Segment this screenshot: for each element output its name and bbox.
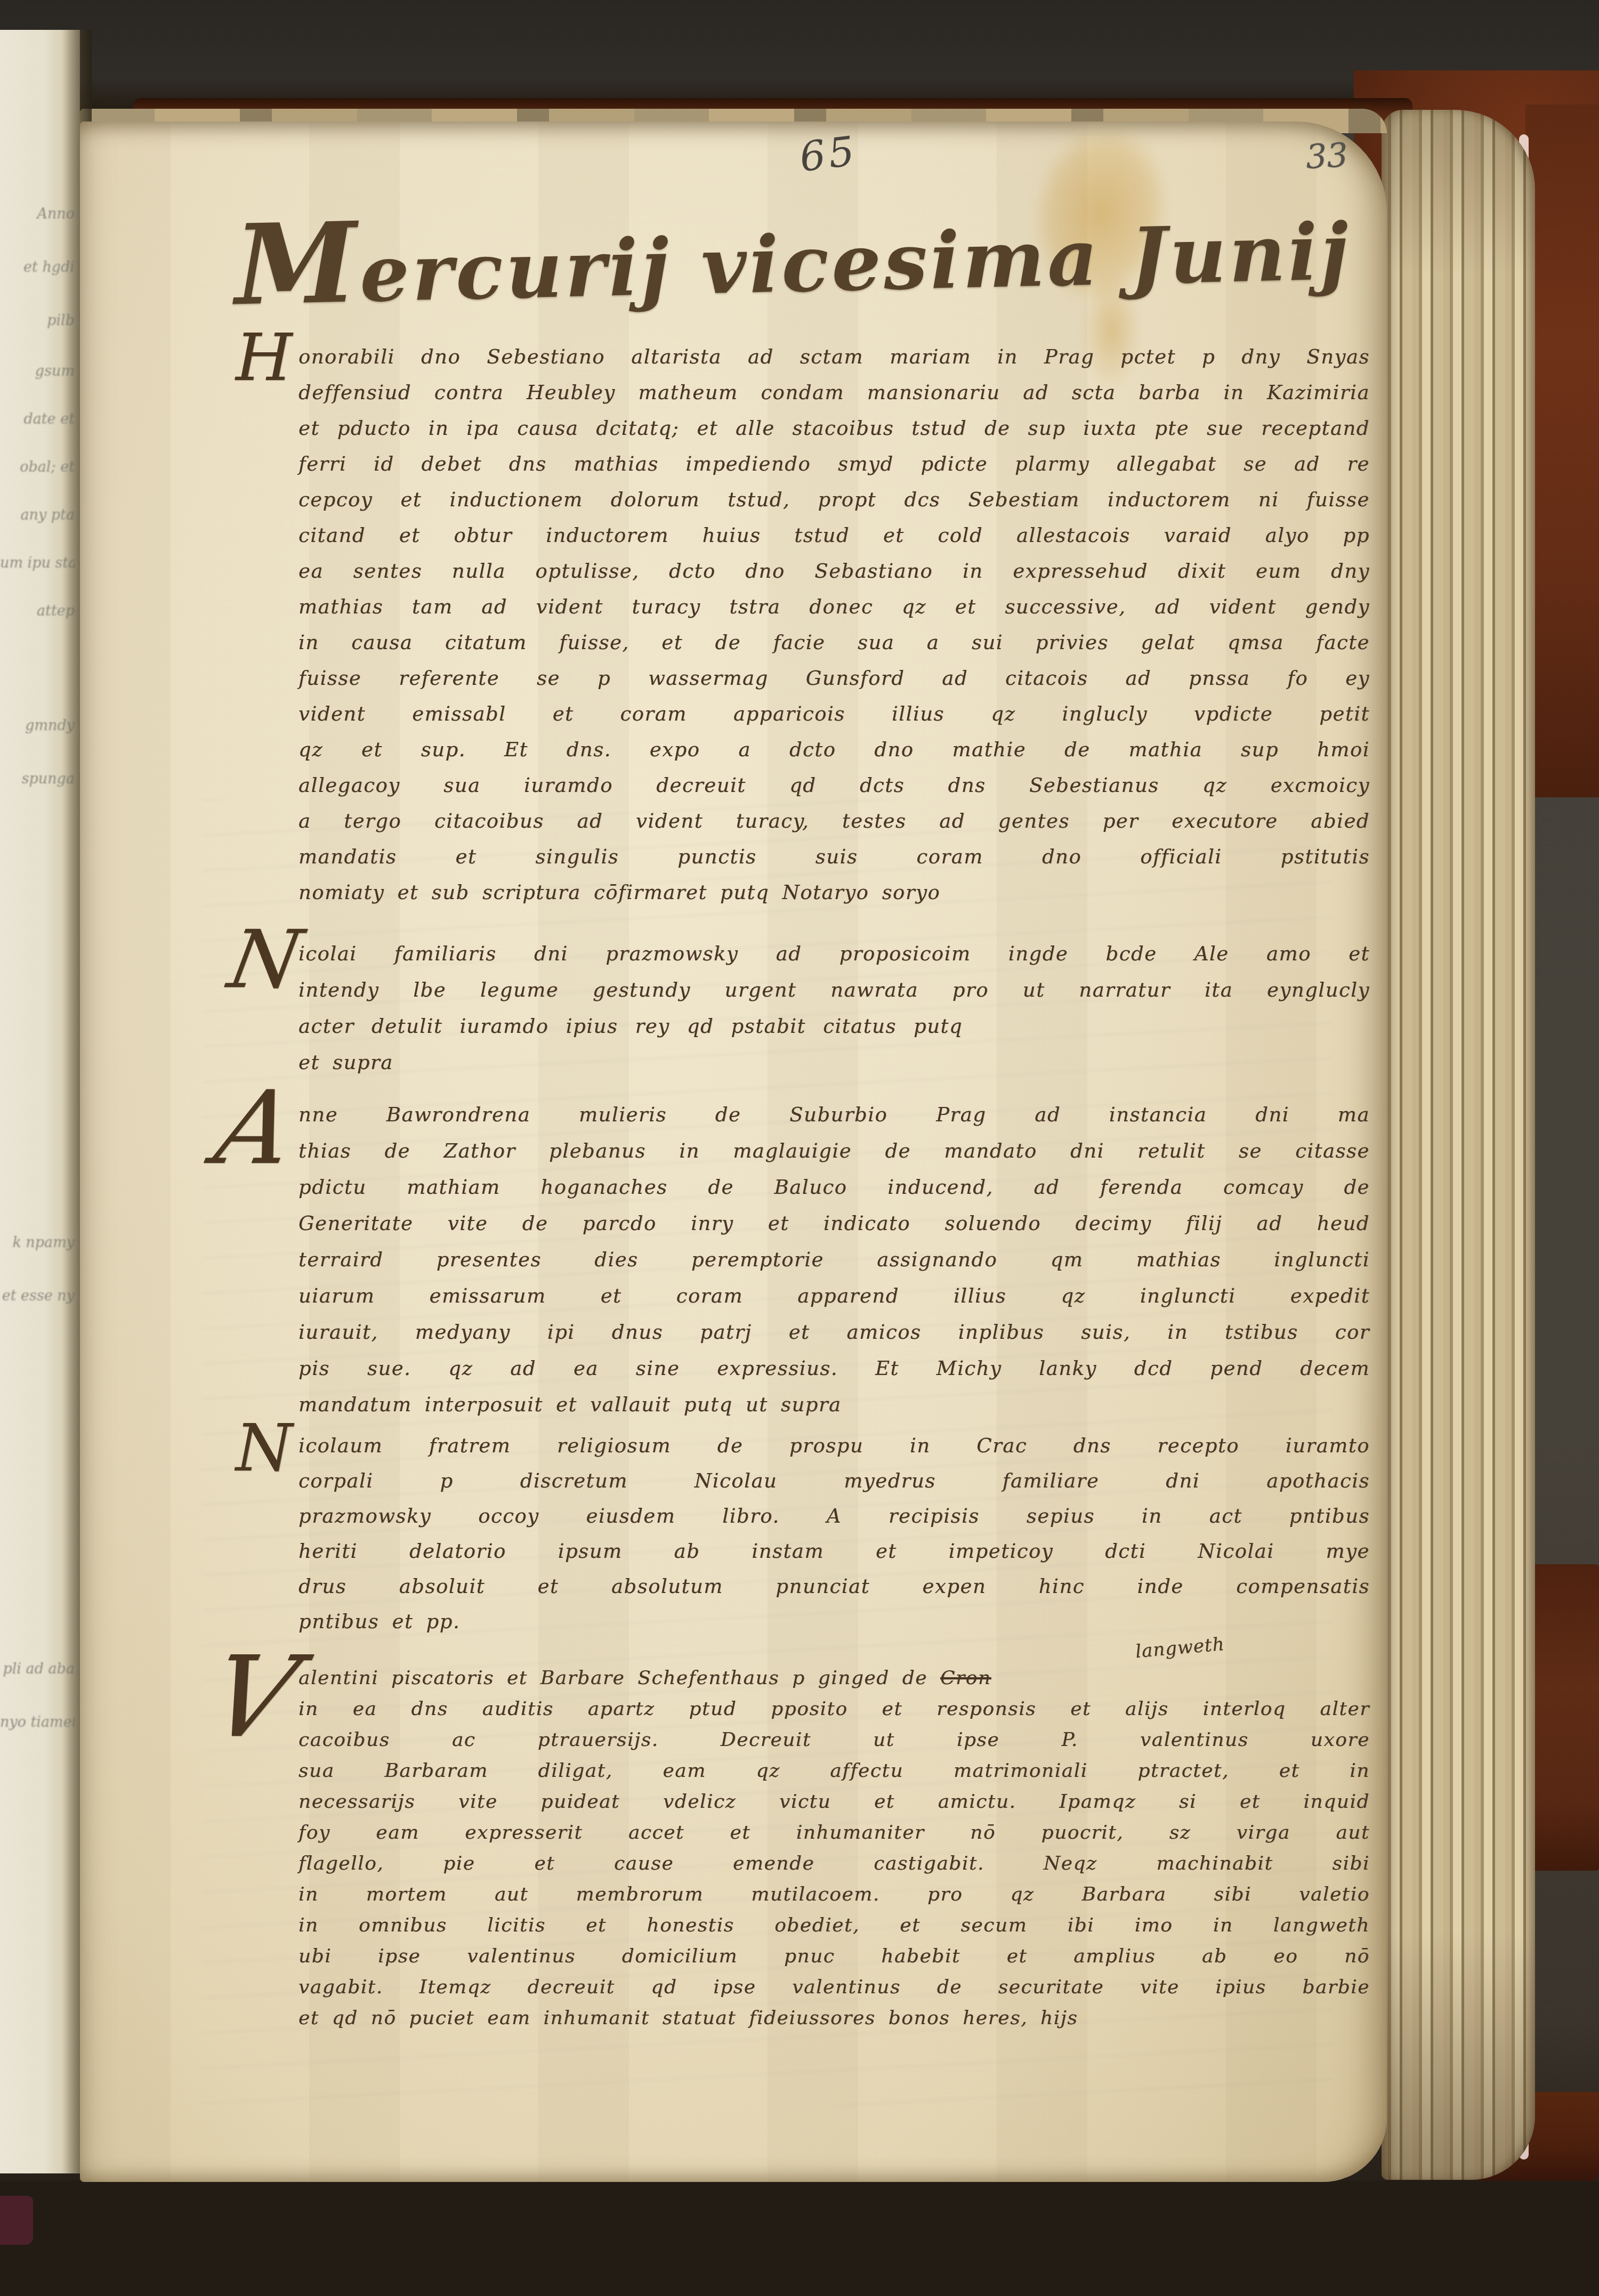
manuscript-line: mathias tam ad vident turacy tstra donec… <box>298 589 1370 625</box>
manuscript-line: prazmowsky occoy eiusdem libro. A recipi… <box>298 1499 1370 1534</box>
manuscript-line: pntibus et pp. <box>298 1604 599 1639</box>
paragraph-sebastian-case: H onorabili dno Sebestiano altarista ad … <box>298 339 1370 910</box>
manuscript-line: et qd nō puciet eam inhumanit statuat fi… <box>298 2003 1305 2034</box>
manuscript-line: nomiaty et sub scriptura cōfirmaret putq… <box>298 875 1006 910</box>
manuscript-line: drus absoluit et absolutum pnunciat expe… <box>298 1569 1370 1604</box>
manuscript-line: foy eam expresserit accet et inhumaniter… <box>298 1817 1370 1848</box>
paragraph-anne-bawrondrena: A nne Bawrondrena mulieris de Suburbio P… <box>298 1097 1370 1423</box>
manuscript-line: in causa citatum fuisse, et de facie sua… <box>298 625 1370 660</box>
manuscript-line: mandatum interposuit et vallauit putq ut… <box>298 1387 941 1423</box>
manuscript-line: in ea dns auditis apartz ptud pposito et… <box>298 1694 1370 1725</box>
folio-number-corner: 33 <box>1305 135 1349 176</box>
manuscript-line: nne Bawrondrena mulieris de Suburbio Pra… <box>298 1097 1370 1133</box>
manuscript-line: allegacoy sua iuramdo decreuit qd dcts d… <box>298 767 1370 803</box>
manuscript-line: vagabit. Itemqz decreuit qd ipse valenti… <box>298 1972 1370 2003</box>
manuscript-line: fuisse referente se p wassermag Gunsford… <box>298 660 1370 696</box>
manuscript-line: mandatis et singulis punctis suis coram … <box>298 839 1370 875</box>
manuscript-line: citand et obtur inductorem huius tstud e… <box>298 518 1370 553</box>
manuscript-line: necessarijs vite puideat vdelicz victu e… <box>298 1786 1370 1817</box>
manuscript-line: ea sentes nulla optulisse, dcto dno Seba… <box>298 553 1370 589</box>
manuscript-line: onorabili dno Sebestiano altarista ad sc… <box>298 339 1370 375</box>
manuscript-line: heriti delatorio ipsum ab instam et impe… <box>298 1534 1370 1569</box>
folio-number-center: 65 <box>797 127 860 181</box>
cover-fragment <box>0 2196 33 2245</box>
date-heading: Mercurij vicesima Junij <box>233 187 1280 321</box>
manuscript-line: flagello, pie et cause emende castigabit… <box>298 1848 1370 1879</box>
paragraph-nicolaum-fratrem: N icolaum fratrem religiosum de prospu i… <box>298 1428 1370 1639</box>
leather-strap <box>1525 1564 1599 1871</box>
drop-cap: N <box>223 920 308 1000</box>
manuscript-line: pdictu mathiam hoganaches de Baluco indu… <box>298 1169 1370 1206</box>
manuscript-line: alentini piscatoris et Barbare Schefenth… <box>298 1663 1305 1694</box>
manuscript-line: uiarum emissarum et coram apparend illiu… <box>298 1278 1370 1314</box>
manuscript-line: in mortem aut membrorum mutilacoem. pro … <box>298 1879 1370 1910</box>
book-page-edges <box>1382 110 1535 2180</box>
manuscript-line: vident emissabl et coram apparicois illi… <box>298 696 1370 732</box>
manuscript-line: cacoibus ac ptrauersijs. Decreuit ut ips… <box>298 1725 1370 1756</box>
struck-word: Cron <box>940 1667 991 1689</box>
drop-cap: H <box>236 325 292 390</box>
manuscript-line: deffensiud contra Heubley matheum condam… <box>298 375 1370 410</box>
manuscript-line: thias de Zathor plebanus in maglauigie d… <box>298 1133 1370 1169</box>
manuscript-line: Generitate vite de parcdo inry et indica… <box>298 1206 1370 1242</box>
drop-cap: N <box>236 1416 293 1481</box>
manuscript-line: icolai familiaris dni prazmowsky ad prop… <box>298 936 1370 972</box>
manuscript-line: sua Barbaram diligat, eam qz affectu mat… <box>298 1756 1370 1786</box>
manuscript-scan: Anno et hgdi pilb gsum date et obal; et … <box>0 0 1599 2296</box>
line-text: alentini piscatoris et Barbare Schefenth… <box>298 1667 927 1689</box>
paragraph-valentini-barbare: V alentini piscatoris et Barbare Schefen… <box>298 1663 1370 2034</box>
manuscript-line: acter detulit iuramdo ipius rey qd pstab… <box>298 1008 963 1045</box>
manuscript-line: ubi ipse valentinus domicilium pnuc habe… <box>298 1941 1370 1972</box>
leather-cover-edge <box>1525 104 1599 797</box>
manuscript-line: in omnibus licitis et honestis obediet, … <box>298 1910 1370 1941</box>
manuscript-line: intendy lbe legume gestundy urgent nawra… <box>298 972 1370 1008</box>
manuscript-line: terraird presentes dies peremptorie assi… <box>298 1242 1370 1278</box>
manuscript-line: corpali p discretum Nicolau myedrus fami… <box>298 1464 1370 1499</box>
manuscript-line: icolaum fratrem religiosum de prospu in … <box>298 1428 1370 1464</box>
paragraph-nicolai-familiaris: N icolai familiaris dni prazmowsky ad pr… <box>298 936 1370 1045</box>
backdrop-bottom <box>0 2181 1599 2296</box>
manuscript-line: iurauit, medyany ipi dnus patrj et amico… <box>298 1314 1370 1351</box>
manuscript-line: qz et sup. Et dns. expo a dcto dno mathi… <box>298 732 1370 767</box>
manuscript-line: ferri id debet dns mathias impediendo sm… <box>298 446 1370 482</box>
manuscript-line: et pducto in ipa causa dcitatq; et alle … <box>298 410 1370 446</box>
manuscript-line: a tergo citacoibus ad vident turacy, tes… <box>298 803 1370 839</box>
manuscript-line: cepcoy et inductionem dolorum tstud, pro… <box>298 482 1370 518</box>
manuscript-line: pis sue. qz ad ea sine expressius. Et Mi… <box>298 1351 1370 1387</box>
